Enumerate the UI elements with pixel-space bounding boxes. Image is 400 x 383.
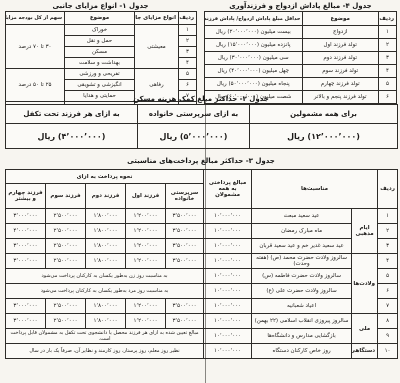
amount-head-of-family: ۳٬۵۰۰٬۰۰۰ <box>166 239 204 254</box>
table-row: ۲ماه مبارک رمضان۱۰٬۰۰۰٬۰۰۰۳٬۵۰۰٬۰۰۰۱٬۲۰۰… <box>6 224 398 239</box>
table4-header-row: ردیف موضوع حداقل مبلغ پاداش ازدواج/ پادا… <box>205 12 397 26</box>
amount-child-1: ۱٬۲۰۰٬۰۰۰ <box>126 314 166 329</box>
amount-all-covered: ۱۰٬۰۰۰٬۰۰۰ <box>204 329 252 344</box>
amount-child-2: ۱٬۸۰۰٬۰۰۰ <box>86 314 126 329</box>
table-row: ۴تولد فرزند سومچهل میلیون (۴۰٬۰۰۰٬۰۰۰) ر… <box>205 65 397 78</box>
occasion-name: سالروز پیروزی انقلاب اسلامی (۲۲ بهمن) <box>252 314 352 329</box>
amount-all-covered: ۱۰٬۰۰۰٬۰۰۰ <box>204 284 252 299</box>
payment-note: به مناسبت روز زن به‌طور یکسان به کارکنان… <box>6 269 204 284</box>
amount-child-2: ۱٬۸۰۰٬۰۰۰ <box>86 224 126 239</box>
amount-head-of-family: ۳٬۵۰۰٬۰۰۰ <box>166 224 204 239</box>
table3-header-child-2: فرزند دوم <box>86 184 126 209</box>
scanned-document-page: جدول ۱- انواع مزایای جانبی ردیف انواع مز… <box>0 0 400 383</box>
row-number: ۹ <box>378 329 398 344</box>
row-number: ۴ <box>378 254 398 269</box>
amount-child-1: ۱٬۲۰۰٬۰۰۰ <box>126 299 166 314</box>
table2-title: جدول ۲- حداکثر مبلغ کمک هزینه مسکن <box>5 95 397 103</box>
amount-child-3: ۲٬۵۰۰٬۰۰۰ <box>46 239 86 254</box>
table-row: ۱۰دستگاهیروز خاص کارکنان دستگاه۱۰٬۰۰۰٬۰۰… <box>6 344 398 359</box>
amount-all-covered: ۱۰٬۰۰۰٬۰۰۰ <box>204 224 252 239</box>
amount-child-3: ۲٬۵۰۰٬۰۰۰ <box>46 314 86 329</box>
bonus-amount: پنجاه میلیون (۵۰٬۰۰۰٬۰۰۰) ریال <box>205 78 303 91</box>
row-number: ۳ <box>378 52 396 65</box>
bonus-subject: تولد فرزند سوم <box>302 65 378 78</box>
amount-head-of-family: ۳٬۵۰۰٬۰۰۰ <box>166 299 204 314</box>
table3-title: جدول ۳- حداکثر مبالغ پرداخت‌های مناسبتی <box>5 157 397 165</box>
table3-header-child-4-plus: فرزند چهارم و بیشتر <box>6 184 46 209</box>
row-number: ۳ <box>179 47 197 58</box>
occasion-name: سالروز ولادت حضرت محمد (ص) (هفته وحدت) <box>252 254 352 269</box>
table3-header-row-number: ردیف <box>378 170 398 209</box>
row-number: ۲ <box>378 39 396 52</box>
bonus-amount: پانزده میلیون (۱۵٬۰۰۰٬۰۰۰) ریال <box>205 39 303 52</box>
amount-head-of-family: ۳٬۵۰۰٬۰۰۰ <box>166 254 204 269</box>
table-row: ۷اعیاد شعبانیه۱۰٬۰۰۰٬۰۰۰۳٬۵۰۰٬۰۰۰۱٬۲۰۰٬۰… <box>6 299 398 314</box>
table1-header-share: سهم از کل بودجه مزایای جانبی <box>6 12 65 25</box>
amount-child-2: ۱٬۸۰۰٬۰۰۰ <box>86 299 126 314</box>
amount-child-3: ۲٬۵۰۰٬۰۰۰ <box>46 254 86 269</box>
table2-value-all: (۱۲٬۰۰۰٬۰۰۰) ریال <box>250 124 398 149</box>
table1-header-row-number: ردیف <box>179 12 197 25</box>
row-number: ۱ <box>378 26 396 39</box>
table-row: ۶سالروز ولادت حضرت علی (ع)۱۰٬۰۰۰٬۰۰۰به م… <box>6 284 398 299</box>
row-number: ۱ <box>179 25 197 36</box>
table2-header-head-of-family: به ازای سرپرستی خانواده <box>138 105 250 124</box>
table3-occasion-payments: ردیف مناسبت‌ها مبالغ پرداختی به همه مشمو… <box>5 169 398 359</box>
row-number: ۳ <box>378 239 398 254</box>
table2-header-row: برای همه مشمولین به ازای سرپرستی خانواده… <box>6 105 398 124</box>
amount-all-covered: ۱۰٬۰۰۰٬۰۰۰ <box>204 239 252 254</box>
amount-all-covered: ۱۰٬۰۰۰٬۰۰۰ <box>204 269 252 284</box>
bonus-subject: ازدواج <box>302 26 378 39</box>
occasion-group: ملی <box>352 314 378 344</box>
table4-header-subject: موضوع <box>302 12 378 26</box>
row-number: ۴ <box>179 58 197 69</box>
table-row: ۵سالروز ولادت حضرت فاطمه (س)۱۰٬۰۰۰٬۰۰۰به… <box>6 269 398 284</box>
table4-header-row-number: ردیف <box>378 12 396 26</box>
scan-fold-line <box>205 100 206 383</box>
table3-header-all-covered: مبالغ پرداختی به همه مشمولان <box>204 170 252 209</box>
table-row: ۳عید سعید غدیر خم و عید سعید قربان۱۰٬۰۰۰… <box>6 239 398 254</box>
row-number: ۱۰ <box>378 344 398 359</box>
amount-child-4-plus: ۳٬۰۰۰٬۰۰۰ <box>6 209 46 224</box>
table-row: ۴ولادت‌هاسالروز ولادت حضرت محمد (ص) (هفت… <box>6 254 398 269</box>
occasion-name: بازگشایی مدارس و دانشگاه‌ها <box>252 329 352 344</box>
table2-value-row: (۱۲٬۰۰۰٬۰۰۰) ریال (۵٬۰۰۰٬۰۰۰) ریال (۴٬۰۰… <box>6 124 398 149</box>
amount-child-4-plus: ۴٬۰۰۰٬۰۰۰ <box>6 224 46 239</box>
table4-title: جدول ۴- مبالغ پاداش ازدواج و فرزندآوری <box>204 2 397 10</box>
table-row: ۱ازدواجبیست میلیون (۲۰٬۰۰۰٬۰۰۰) ریال <box>205 26 397 39</box>
table2-value-head-of-family: (۵٬۰۰۰٬۰۰۰) ریال <box>138 124 250 149</box>
table2-housing-allowance: برای همه مشمولین به ازای سرپرستی خانواده… <box>5 104 398 149</box>
amount-head-of-family: ۳٬۵۰۰٬۰۰۰ <box>166 314 204 329</box>
occasion-group: ولادت‌ها <box>352 254 378 314</box>
row-number: ۷ <box>378 299 398 314</box>
table-row: ۹بازگشایی مدارس و دانشگاه‌ها۱۰٬۰۰۰٬۰۰۰مب… <box>6 329 398 344</box>
table-row: ۸ملیسالروز پیروزی انقلاب اسلامی (۲۲ بهمن… <box>6 314 398 329</box>
bonus-subject: تولد فرزند اول <box>302 39 378 52</box>
amount-child-1: ۱٬۲۰۰٬۰۰۰ <box>126 239 166 254</box>
amount-all-covered: ۱۰٬۰۰۰٬۰۰۰ <box>204 344 252 359</box>
row-number: ۴ <box>378 65 396 78</box>
table-row: ۱ایام مذهبیعید سعید مبعث۱۰٬۰۰۰٬۰۰۰۳٬۵۰۰٬… <box>6 209 398 224</box>
table3-header-occasions: مناسبت‌ها <box>252 170 378 209</box>
amount-child-4-plus: ۳٬۰۰۰٬۰۰۰ <box>6 254 46 269</box>
bonus-amount: چهل میلیون (۴۰٬۰۰۰٬۰۰۰) ریال <box>205 65 303 78</box>
occasion-name: عید سعید غدیر خم و عید سعید قربان <box>252 239 352 254</box>
benefit-subject: حمل و نقل <box>65 36 135 47</box>
benefit-subject: مسکن <box>65 47 135 58</box>
amount-child-3: ۲٬۵۰۰٬۰۰۰ <box>46 209 86 224</box>
amount-child-1: ۱٬۲۰۰٬۰۰۰ <box>126 224 166 239</box>
table4-marriage-birth-bonus: ردیف موضوع حداقل مبلغ پاداش ازدواج/ پادا… <box>204 11 397 104</box>
payment-note: نظیر روز معلم، روز پرستار، روز کارمند و … <box>6 344 204 359</box>
benefit-type: معیشتی <box>135 25 179 69</box>
table3-header-head-of-family: سرپرستی خانواده <box>166 184 204 209</box>
amount-all-covered: ۱۰٬۰۰۰٬۰۰۰ <box>204 254 252 269</box>
table2-value-per-child: (۴٬۰۰۰٬۰۰۰) ریال <box>6 124 138 149</box>
occasion-name: سالروز ولادت حضرت فاطمه (س) <box>252 269 352 284</box>
table2-header-per-child: به ازای هر فرزند تحت تکفل <box>6 105 138 124</box>
benefit-subject: تفریحی و ورزشی <box>65 69 135 80</box>
row-number: ۸ <box>378 314 398 329</box>
table-row: ۵تولد فرزند چهارمپنجاه میلیون (۵۰٬۰۰۰٬۰۰… <box>205 78 397 91</box>
row-number: ۵ <box>179 69 197 80</box>
row-number: ۲ <box>378 224 398 239</box>
amount-child-3: ۲٬۵۰۰٬۰۰۰ <box>46 299 86 314</box>
payment-note: مبالغ تعیین شده به ازای هر فرزند محصل یا… <box>6 329 204 344</box>
amount-child-4-plus: ۳٬۰۰۰٬۰۰۰ <box>6 239 46 254</box>
occasion-name: ماه مبارک رمضان <box>252 224 352 239</box>
occasion-name: عید سعید مبعث <box>252 209 352 224</box>
amount-child-2: ۱٬۸۰۰٬۰۰۰ <box>86 254 126 269</box>
row-number: ۶ <box>179 80 197 91</box>
table-row: ۳تولد فرزند دومسی میلیون (۳۰٬۰۰۰٬۰۰۰) ری… <box>205 52 397 65</box>
amount-child-1: ۱٬۲۰۰٬۰۰۰ <box>126 254 166 269</box>
occasion-group: دستگاهی <box>352 344 378 359</box>
amount-child-2: ۱٬۸۰۰٬۰۰۰ <box>86 209 126 224</box>
amount-head-of-family: ۳٬۵۰۰٬۰۰۰ <box>166 209 204 224</box>
table-row: ۵رفاهیتفریحی و ورزشی۲۵ تا ۵۰ درصد <box>6 69 197 80</box>
amount-child-2: ۱٬۸۰۰٬۰۰۰ <box>86 239 126 254</box>
row-number: ۵ <box>378 78 396 91</box>
bonus-subject: تولد فرزند دوم <box>302 52 378 65</box>
occasion-name: روز خاص کارکنان دستگاه <box>252 344 352 359</box>
payment-note: به مناسبت روز مرد به‌طور یکسان به کارکنا… <box>6 284 204 299</box>
row-number: ۲ <box>179 36 197 47</box>
table1-title: جدول ۱- انواع مزایای جانبی <box>5 2 196 10</box>
amount-all-covered: ۱۰٬۰۰۰٬۰۰۰ <box>204 299 252 314</box>
occasion-name: اعیاد شعبانیه <box>252 299 352 314</box>
benefit-subject: انگیزشی و تشویقی <box>65 80 135 91</box>
table1-header-subject: موضوع <box>65 12 135 25</box>
table3-header-child-3: فرزند سوم <box>46 184 86 209</box>
table4-header-amount: حداقل مبلغ پاداش ازدواج/ پاداش فرزندآوری <box>205 12 303 26</box>
amount-all-covered: ۱۰٬۰۰۰٬۰۰۰ <box>204 209 252 224</box>
amount-child-3: ۲٬۵۰۰٬۰۰۰ <box>46 224 86 239</box>
table1-header-row: ردیف انواع مزایای جانبی موضوع سهم از کل … <box>6 12 197 25</box>
occasion-name: سالروز ولادت حضرت علی (ع) <box>252 284 352 299</box>
budget-share: ۳۰ تا ۷۰ درصد <box>6 25 65 69</box>
benefit-subject: بهداشت و سلامت <box>65 58 135 69</box>
row-number: ۵ <box>378 269 398 284</box>
bonus-amount: بیست میلیون (۲۰٬۰۰۰٬۰۰۰) ریال <box>205 26 303 39</box>
benefit-subject: خوراک <box>65 25 135 36</box>
table3-header-payment-method: نحوه پرداخت به ازای <box>6 170 204 184</box>
table2-header-all: برای همه مشمولین <box>250 105 398 124</box>
occasion-group: ایام مذهبی <box>352 209 378 254</box>
amount-child-1: ۱٬۲۰۰٬۰۰۰ <box>126 209 166 224</box>
bonus-subject: تولد فرزند چهارم <box>302 78 378 91</box>
amount-child-4-plus: ۳٬۰۰۰٬۰۰۰ <box>6 299 46 314</box>
amount-child-4-plus: ۳٬۰۰۰٬۰۰۰ <box>6 314 46 329</box>
table1-header-type: انواع مزایای جانبی <box>135 12 179 25</box>
table3-header-child-1: فرزند اول <box>126 184 166 209</box>
table-row: ۲تولد فرزند اولپانزده میلیون (۱۵٬۰۰۰٬۰۰۰… <box>205 39 397 52</box>
table3-header-row-1: ردیف مناسبت‌ها مبالغ پرداختی به همه مشمو… <box>6 170 398 184</box>
row-number: ۱ <box>378 209 398 224</box>
row-number: ۶ <box>378 284 398 299</box>
table-row: ۱معیشتیخوراک۳۰ تا ۷۰ درصد <box>6 25 197 36</box>
bonus-amount: سی میلیون (۳۰٬۰۰۰٬۰۰۰) ریال <box>205 52 303 65</box>
amount-all-covered: ۱۰٬۰۰۰٬۰۰۰ <box>204 314 252 329</box>
